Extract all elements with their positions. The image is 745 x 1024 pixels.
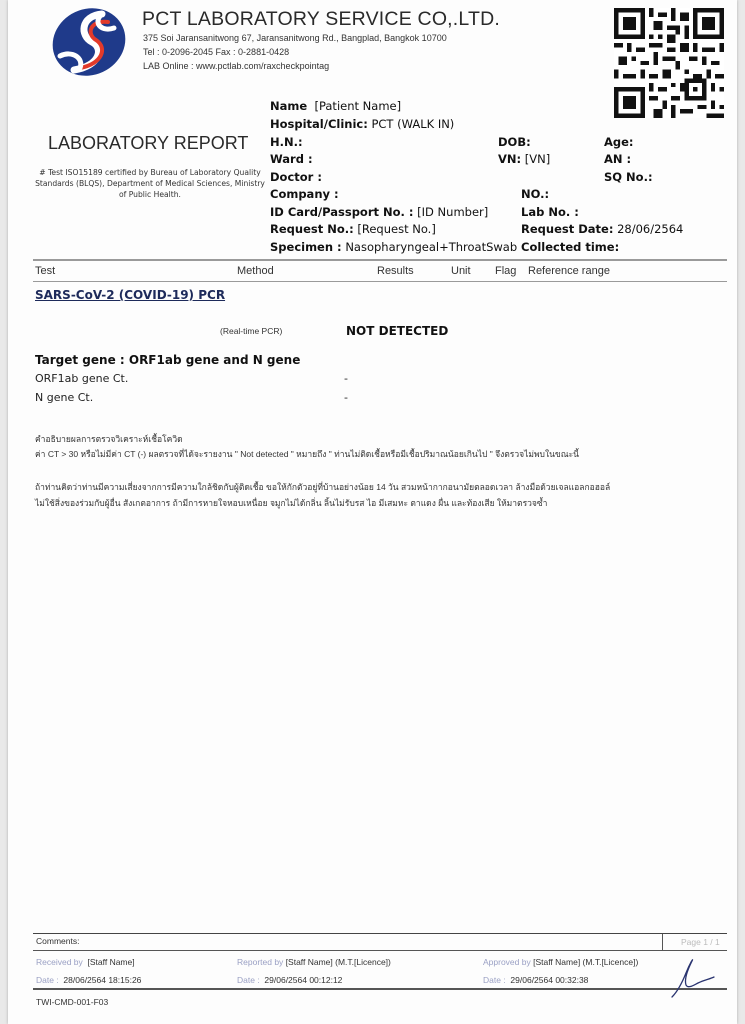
company-logo-icon xyxy=(50,6,128,78)
hospital-value: PCT (WALK IN) xyxy=(371,117,454,131)
gene-row-label: N gene Ct. xyxy=(35,391,93,404)
gene-row-value: - xyxy=(344,391,348,404)
column-reference-range: Reference range xyxy=(528,265,610,277)
test-result: NOT DETECTED xyxy=(346,324,448,338)
divider xyxy=(33,259,727,261)
gene-row-label: ORF1ab gene Ct. xyxy=(35,372,128,385)
approved-by: Approved by [Staff Name] (M.T.[Licence]) xyxy=(483,957,638,967)
notes-line: ไม่ใช้สิ่งของร่วมกับผู้อื่น สังเกตอาการ … xyxy=(35,496,547,510)
doctor-field: Doctor : xyxy=(270,170,322,184)
no-field: NO.: xyxy=(521,187,549,201)
specimen-value: Nasopharyngeal+ThroatSwab xyxy=(345,240,517,254)
id-card-value: [ID Number] xyxy=(417,205,488,219)
notes-line: ถ้าท่านคิดว่าท่านมีความเสี่ยงจากการมีควา… xyxy=(35,480,610,494)
received-by: Received by [Staff Name] xyxy=(36,957,135,967)
sq-no-field: SQ No.: xyxy=(604,170,653,184)
request-date-value: 28/06/2564 xyxy=(617,222,683,236)
company-website[interactable]: LAB Online : www.pctlab.com/raxcheckpoin… xyxy=(143,61,329,71)
divider xyxy=(33,281,727,282)
column-results: Results xyxy=(377,265,414,277)
certification-note: # Test ISO15189 certified by Bureau of L… xyxy=(32,167,268,200)
divider xyxy=(662,934,663,950)
vn-field: VN: [VN] xyxy=(498,152,550,166)
specimen-field: Specimen : Nasopharyngeal+ThroatSwab xyxy=(270,240,517,254)
company-phone: Tel : 0-2096-2045 Fax : 0-2881-0428 xyxy=(143,47,289,57)
request-no-value: [Request No.] xyxy=(357,222,435,236)
patient-name-field: Name [Patient Name] xyxy=(270,99,401,113)
gene-row-value: - xyxy=(344,372,348,385)
lab-report-page: PCT LABORATORY SERVICE CO,.LTD. 375 Soi … xyxy=(8,0,737,1024)
signature-icon xyxy=(668,955,718,1000)
comments-row xyxy=(33,934,727,951)
id-card-field: ID Card/Passport No. : [ID Number] xyxy=(270,205,488,219)
dob-field: DOB: xyxy=(498,135,531,149)
reported-date: Date : 29/06/2564 00:12:12 xyxy=(237,975,342,985)
vn-value: [VN] xyxy=(525,152,550,166)
request-date-field: Request Date: 28/06/2564 xyxy=(521,222,683,236)
patient-name: [Patient Name] xyxy=(314,99,401,113)
collected-time-field: Collected time: xyxy=(521,240,619,254)
an-field: AN : xyxy=(604,152,631,166)
lab-no-field: Lab No. : xyxy=(521,205,579,219)
qr-code-icon xyxy=(614,8,724,118)
target-gene-heading: Target gene : ORF1ab gene and N gene xyxy=(35,353,300,367)
approved-date: Date : 29/06/2564 00:32:38 xyxy=(483,975,588,985)
form-code: TWI-CMD-001-F03 xyxy=(36,997,108,1007)
company-name: PCT LABORATORY SERVICE CO,.LTD. xyxy=(142,8,500,31)
page-number: Page 1 / 1 xyxy=(681,937,720,947)
test-method: (Real-time PCR) xyxy=(220,326,282,336)
report-title: LABORATORY REPORT xyxy=(48,133,248,154)
company-field: Company : xyxy=(270,187,339,201)
column-flag: Flag xyxy=(495,265,516,277)
column-unit: Unit xyxy=(451,265,471,277)
received-date: Date : 28/06/2564 18:15:26 xyxy=(36,975,141,985)
company-address: 375 Soi Jaransanitwong 67, Jaransanitwon… xyxy=(143,33,447,43)
reported-by: Reported by [Staff Name] (M.T.[Licence]) xyxy=(237,957,391,967)
test-name: SARS-CoV-2 (COVID-19) PCR xyxy=(35,288,225,302)
column-method: Method xyxy=(237,265,274,277)
ward-field: Ward : xyxy=(270,152,313,166)
request-no-field: Request No.: [Request No.] xyxy=(270,222,436,236)
comments-label: Comments: xyxy=(36,936,79,946)
hn-field: H.N.: xyxy=(270,135,303,149)
age-field: Age: xyxy=(604,135,634,149)
notes-title: คำอธิบายผลการตรวจวิเคราะห์เชื้อโควิด xyxy=(35,432,183,446)
column-test: Test xyxy=(35,265,55,277)
notes-line: ค่า CT > 30 หรือไม่มีค่า CT (-) ผลตรวจที… xyxy=(35,447,579,461)
hospital-field: Hospital/Clinic: PCT (WALK IN) xyxy=(270,117,454,131)
